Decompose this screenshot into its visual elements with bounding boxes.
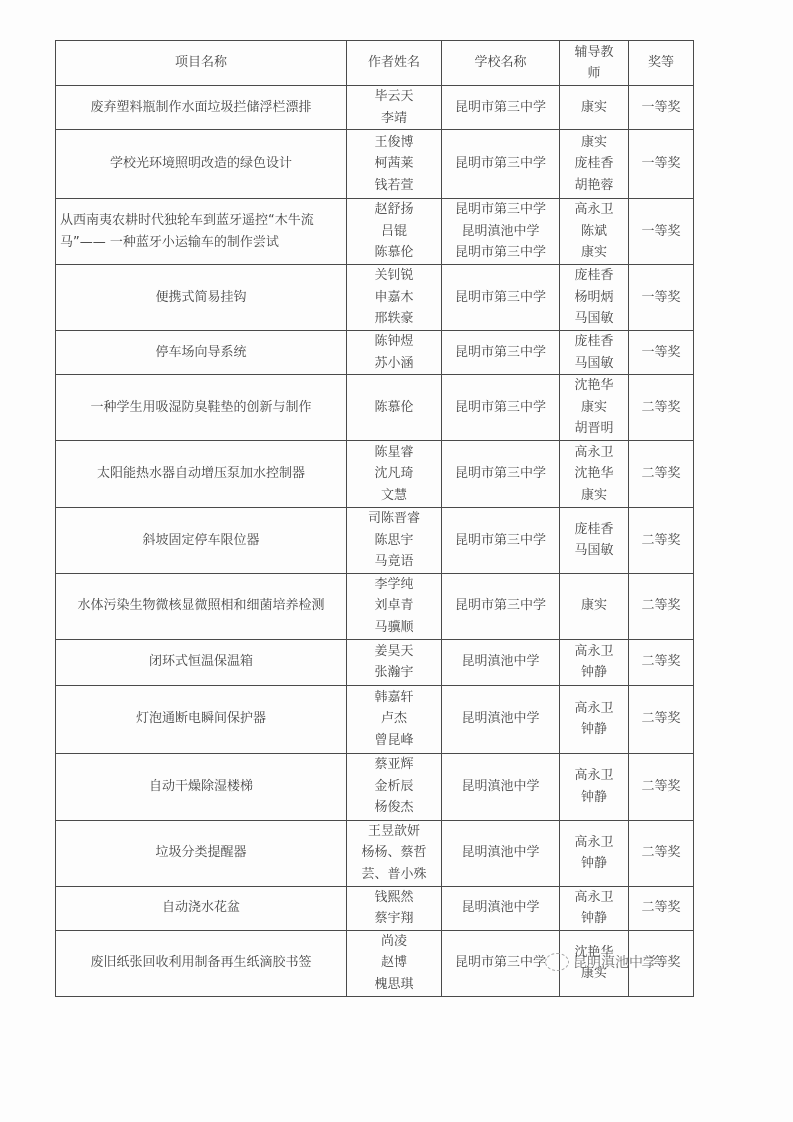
cell-award: 二等奖: [629, 375, 694, 441]
table-body: 废弃塑料瓶制作水面垃圾拦储浮栏漂排毕云天李靖昆明市第三中学康实一等奖学校光环境照…: [56, 86, 694, 997]
cell-teachers-line: 高永卫: [564, 442, 624, 464]
cell-award: 二等奖: [629, 886, 694, 930]
cell-authors: 陈钟煜苏小涵: [347, 331, 442, 375]
cell-schools-line: 昆明市第三中学: [446, 463, 555, 485]
cell-teachers-line: 康实: [564, 242, 624, 264]
cell-schools: 昆明滇池中学: [442, 639, 560, 685]
cell-authors-line: 司陈晋睿: [351, 508, 437, 530]
cell-project-name: 便携式简易挂钩: [56, 265, 347, 331]
header-author-name: 作者姓名: [347, 41, 442, 86]
cell-authors: 陈星睿沈凡琦文慧: [347, 441, 442, 508]
cell-teachers: 庞桂香杨明炳马国敏: [560, 265, 629, 331]
cell-project-name: 一种学生用吸湿防臭鞋垫的创新与制作: [56, 375, 347, 441]
document-page: 项目名称 作者姓名 学校名称 辅导教 师 奖等 废弃塑料瓶制作水面垃圾拦储浮栏漂…: [0, 0, 793, 1122]
cell-schools: 昆明滇池中学: [442, 753, 560, 820]
cell-teachers-line: 钟静: [564, 719, 624, 741]
cell-award: 二等奖: [629, 441, 694, 508]
cell-teachers: 沈艳华康实胡晋明: [560, 375, 629, 441]
header-advisor: 辅导教 师: [560, 41, 629, 86]
cell-schools: 昆明市第三中学: [442, 130, 560, 199]
cell-teachers-line: 高永卫: [564, 832, 624, 854]
cell-schools-line: 昆明市第三中学: [446, 242, 555, 264]
cell-award: 二等奖: [629, 820, 694, 886]
table-row: 便携式简易挂钩关钊锐申嘉木邢轶豪昆明市第三中学庞桂香杨明炳马国敏一等奖: [56, 265, 694, 331]
cell-teachers-line: 庞桂香: [564, 265, 624, 287]
cell-schools-line: 昆明滇池中学: [446, 221, 555, 243]
cell-schools: 昆明市第三中学: [442, 930, 560, 996]
cell-project-name: 学校光环境照明改造的绿色设计: [56, 130, 347, 199]
cell-authors: 关钊锐申嘉木邢轶豪: [347, 265, 442, 331]
cell-authors-line: 芸、普小殊: [351, 864, 437, 886]
cell-authors-line: 杨杨、蔡哲: [351, 842, 437, 864]
cell-authors-line: 李学纯: [351, 574, 437, 596]
table-row: 太阳能热水器自动增压泵加水控制器陈星睿沈凡琦文慧昆明市第三中学高永卫沈艳华康实二…: [56, 441, 694, 508]
cell-authors: 毕云天李靖: [347, 86, 442, 130]
header-school-name: 学校名称: [442, 41, 560, 86]
cell-authors-line: 蔡宇翔: [351, 908, 437, 930]
cell-teachers: 高永卫钟静: [560, 820, 629, 886]
cell-project-name: 闭环式恒温保温箱: [56, 639, 347, 685]
cell-teachers-line: 钟静: [564, 853, 624, 875]
cell-teachers-line: 高永卫: [564, 641, 624, 663]
cell-authors-line: 赵博: [351, 952, 437, 974]
cell-authors-line: 钱若萱: [351, 175, 437, 197]
cell-authors: 陈慕伦: [347, 375, 442, 441]
cell-authors-line: 陈钟煜: [351, 331, 437, 353]
table-row: 停车场向导系统陈钟煜苏小涵昆明市第三中学庞桂香马国敏一等奖: [56, 331, 694, 375]
cell-authors-line: 沈凡琦: [351, 463, 437, 485]
cell-teachers: 康实: [560, 573, 629, 639]
cell-authors: 李学纯刘卓青马骥顺: [347, 573, 442, 639]
cell-teachers-line: 高永卫: [564, 887, 624, 909]
cell-teachers: 高永卫钟静: [560, 685, 629, 753]
cell-project-name: 自动浇水花盆: [56, 886, 347, 930]
cell-authors-line: 金析辰: [351, 776, 437, 798]
table-row: 垃圾分类提醒器王昱歆妍杨杨、蔡哲芸、普小殊昆明滇池中学高永卫钟静二等奖: [56, 820, 694, 886]
cell-authors: 王昱歆妍杨杨、蔡哲芸、普小殊: [347, 820, 442, 886]
cell-authors-line: 姜昊天: [351, 641, 437, 663]
header-award-level: 奖等: [629, 41, 694, 86]
table-row: 一种学生用吸湿防臭鞋垫的创新与制作陈慕伦昆明市第三中学沈艳华康实胡晋明二等奖: [56, 375, 694, 441]
cell-authors: 蔡亚辉金析辰杨俊杰: [347, 753, 442, 820]
cell-project-name: 灯泡通断电瞬间保护器: [56, 685, 347, 753]
cell-teachers: 庞桂香马国敏: [560, 508, 629, 574]
cell-teachers-line: 马国敏: [564, 353, 624, 375]
cell-schools-line: 昆明市第三中学: [446, 287, 555, 309]
cell-schools: 昆明滇池中学: [442, 685, 560, 753]
cell-award: 二等奖: [629, 639, 694, 685]
cell-teachers-line: 胡晋明: [564, 418, 624, 440]
cell-authors-line: 王俊博: [351, 132, 437, 154]
cell-project-name: 水体污染生物微核显微照相和细菌培养检测: [56, 573, 347, 639]
table-row: 斜坡固定停车限位器司陈晋睿陈思宇马竟语昆明市第三中学庞桂香马国敏二等奖: [56, 508, 694, 574]
cell-authors-line: 文慧: [351, 485, 437, 507]
cell-authors-line: 杨俊杰: [351, 797, 437, 819]
cell-schools: 昆明滇池中学: [442, 820, 560, 886]
cell-award: 一等奖: [629, 265, 694, 331]
cell-authors-line: 刘卓青: [351, 595, 437, 617]
cell-schools-line: 昆明市第三中学: [446, 97, 555, 119]
cell-teachers-line: 钟静: [564, 662, 624, 684]
cell-schools-line: 昆明市第三中学: [446, 595, 555, 617]
cell-authors: 司陈晋睿陈思宇马竟语: [347, 508, 442, 574]
cell-authors-line: 邢轶豪: [351, 308, 437, 330]
watermark: 昆明滇池中学: [545, 952, 657, 972]
header-project-name: 项目名称: [56, 41, 347, 86]
table-row: 水体污染生物微核显微照相和细菌培养检测李学纯刘卓青马骥顺昆明市第三中学康实二等奖: [56, 573, 694, 639]
cell-authors-line: 尚凌: [351, 931, 437, 953]
cell-authors-line: 赵舒扬: [351, 199, 437, 221]
cell-authors-line: 陈思宇: [351, 530, 437, 552]
cell-project-name: 废弃塑料瓶制作水面垃圾拦储浮栏漂排: [56, 86, 347, 130]
cell-authors-line: 王昱歆妍: [351, 821, 437, 843]
cell-authors-line: 柯茜莱: [351, 153, 437, 175]
table-row: 自动浇水花盆钱熙然蔡宇翔昆明滇池中学高永卫钟静二等奖: [56, 886, 694, 930]
cell-teachers: 高永卫陈斌康实: [560, 199, 629, 265]
cell-teachers-line: 康实: [564, 97, 624, 119]
cell-schools-line: 昆明市第三中学: [446, 530, 555, 552]
cell-authors-line: 蔡亚辉: [351, 754, 437, 776]
cell-teachers-line: 庞桂香: [564, 153, 624, 175]
cell-schools-line: 昆明市第三中学: [446, 342, 555, 364]
cell-teachers-line: 康实: [564, 132, 624, 154]
cell-teachers: 高永卫沈艳华康实: [560, 441, 629, 508]
header-advisor-line: 师: [564, 63, 624, 85]
table-row: 学校光环境照明改造的绿色设计王俊博柯茜莱钱若萱昆明市第三中学康实庞桂香胡艳蓉一等…: [56, 130, 694, 199]
cell-project-name: 斜坡固定停车限位器: [56, 508, 347, 574]
cell-schools-line: 昆明滇池中学: [446, 842, 555, 864]
cell-teachers-line: 陈斌: [564, 221, 624, 243]
cell-authors-line: 毕云天: [351, 86, 437, 108]
cell-project-name: 停车场向导系统: [56, 331, 347, 375]
cell-teachers: 康实庞桂香胡艳蓉: [560, 130, 629, 199]
cell-teachers-line: 沈艳华: [564, 375, 624, 397]
table-row: 废弃塑料瓶制作水面垃圾拦储浮栏漂排毕云天李靖昆明市第三中学康实一等奖: [56, 86, 694, 130]
cell-teachers: 高永卫钟静: [560, 886, 629, 930]
cell-authors-line: 钱熙然: [351, 887, 437, 909]
cell-authors-line: 关钊锐: [351, 265, 437, 287]
cell-authors-line: 槐思琪: [351, 974, 437, 996]
cell-award: 一等奖: [629, 199, 694, 265]
cell-award: 一等奖: [629, 86, 694, 130]
table-row: 闭环式恒温保温箱姜昊天张瀚宇昆明滇池中学高永卫钟静二等奖: [56, 639, 694, 685]
cell-schools-line: 昆明市第三中学: [446, 952, 555, 974]
cell-project-name: 从西南夷农耕时代独轮车到蓝牙遥控“木牛流马”—— 一种蓝牙小运输车的制作尝试: [56, 199, 347, 265]
cell-teachers: 高永卫钟静: [560, 753, 629, 820]
cell-schools: 昆明市第三中学: [442, 441, 560, 508]
cell-teachers-line: 沈艳华: [564, 463, 624, 485]
cell-schools: 昆明市第三中学: [442, 573, 560, 639]
cell-teachers-line: 高永卫: [564, 199, 624, 221]
cell-authors-line: 陈星睿: [351, 442, 437, 464]
cell-schools: 昆明滇池中学: [442, 886, 560, 930]
cell-schools: 昆明市第三中学: [442, 508, 560, 574]
cell-teachers-line: 钟静: [564, 787, 624, 809]
cell-award: 一等奖: [629, 130, 694, 199]
cell-authors-line: 李靖: [351, 108, 437, 130]
cell-teachers-line: 高永卫: [564, 698, 624, 720]
cell-authors-line: 吕锟: [351, 221, 437, 243]
cell-teachers: 康实: [560, 86, 629, 130]
cell-teachers-line: 康实: [564, 485, 624, 507]
table-header-row: 项目名称 作者姓名 学校名称 辅导教 师 奖等: [56, 41, 694, 86]
cell-award: 二等奖: [629, 753, 694, 820]
cell-authors: 钱熙然蔡宇翔: [347, 886, 442, 930]
wechat-logo-icon: [545, 953, 569, 971]
cell-teachers-line: 康实: [564, 397, 624, 419]
cell-teachers-line: 钟静: [564, 908, 624, 930]
cell-project-name: 垃圾分类提醒器: [56, 820, 347, 886]
cell-schools-line: 昆明市第三中学: [446, 153, 555, 175]
cell-authors: 王俊博柯茜莱钱若萱: [347, 130, 442, 199]
cell-authors-line: 陈慕伦: [351, 242, 437, 264]
cell-teachers: 高永卫钟静: [560, 639, 629, 685]
cell-authors: 姜昊天张瀚宇: [347, 639, 442, 685]
cell-project-name: 太阳能热水器自动增压泵加水控制器: [56, 441, 347, 508]
cell-teachers-line: 马国敏: [564, 540, 624, 562]
cell-schools: 昆明市第三中学: [442, 265, 560, 331]
cell-teachers: 庞桂香马国敏: [560, 331, 629, 375]
cell-schools: 昆明市第三中学昆明滇池中学昆明市第三中学: [442, 199, 560, 265]
cell-authors-line: 苏小涵: [351, 353, 437, 375]
cell-schools: 昆明市第三中学: [442, 375, 560, 441]
table-row: 从西南夷农耕时代独轮车到蓝牙遥控“木牛流马”—— 一种蓝牙小运输车的制作尝试赵舒…: [56, 199, 694, 265]
cell-authors-line: 曾昆峰: [351, 730, 437, 752]
cell-award: 一等奖: [629, 331, 694, 375]
cell-schools-line: 昆明滇池中学: [446, 708, 555, 730]
cell-authors-line: 马竟语: [351, 551, 437, 573]
cell-authors: 赵舒扬吕锟陈慕伦: [347, 199, 442, 265]
cell-teachers-line: 康实: [564, 595, 624, 617]
watermark-text: 昆明滇池中学: [573, 952, 657, 972]
cell-authors-line: 张瀚宇: [351, 662, 437, 684]
cell-schools-line: 昆明市第三中学: [446, 199, 555, 221]
cell-authors: 尚凌赵博槐思琪: [347, 930, 442, 996]
cell-schools-line: 昆明滇池中学: [446, 897, 555, 919]
cell-authors-line: 申嘉木: [351, 287, 437, 309]
table-row: 灯泡通断电瞬间保护器韩嘉轩卢杰曾昆峰昆明滇池中学高永卫钟静二等奖: [56, 685, 694, 753]
cell-authors-line: 韩嘉轩: [351, 687, 437, 709]
cell-project-name: 自动干燥除湿楼梯: [56, 753, 347, 820]
cell-teachers-line: 胡艳蓉: [564, 175, 624, 197]
cell-teachers-line: 庞桂香: [564, 519, 624, 541]
cell-award: 二等奖: [629, 508, 694, 574]
cell-authors: 韩嘉轩卢杰曾昆峰: [347, 685, 442, 753]
cell-teachers-line: 庞桂香: [564, 331, 624, 353]
cell-project-name: 废旧纸张回收利用制备再生纸滴胶书签: [56, 930, 347, 996]
awards-table: 项目名称 作者姓名 学校名称 辅导教 师 奖等 废弃塑料瓶制作水面垃圾拦储浮栏漂…: [55, 40, 694, 997]
cell-award: 二等奖: [629, 573, 694, 639]
cell-authors-line: 马骥顺: [351, 617, 437, 639]
cell-teachers-line: 高永卫: [564, 765, 624, 787]
cell-schools-line: 昆明市第三中学: [446, 397, 555, 419]
cell-schools-line: 昆明滇池中学: [446, 651, 555, 673]
header-advisor-line: 辅导教: [564, 42, 624, 64]
cell-teachers-line: 马国敏: [564, 308, 624, 330]
cell-award: 二等奖: [629, 685, 694, 753]
cell-schools: 昆明市第三中学: [442, 86, 560, 130]
cell-authors-line: 卢杰: [351, 708, 437, 730]
cell-schools: 昆明市第三中学: [442, 331, 560, 375]
table-row: 自动干燥除湿楼梯蔡亚辉金析辰杨俊杰昆明滇池中学高永卫钟静二等奖: [56, 753, 694, 820]
cell-teachers-line: 杨明炳: [564, 287, 624, 309]
cell-authors-line: 陈慕伦: [351, 397, 437, 419]
cell-schools-line: 昆明滇池中学: [446, 776, 555, 798]
